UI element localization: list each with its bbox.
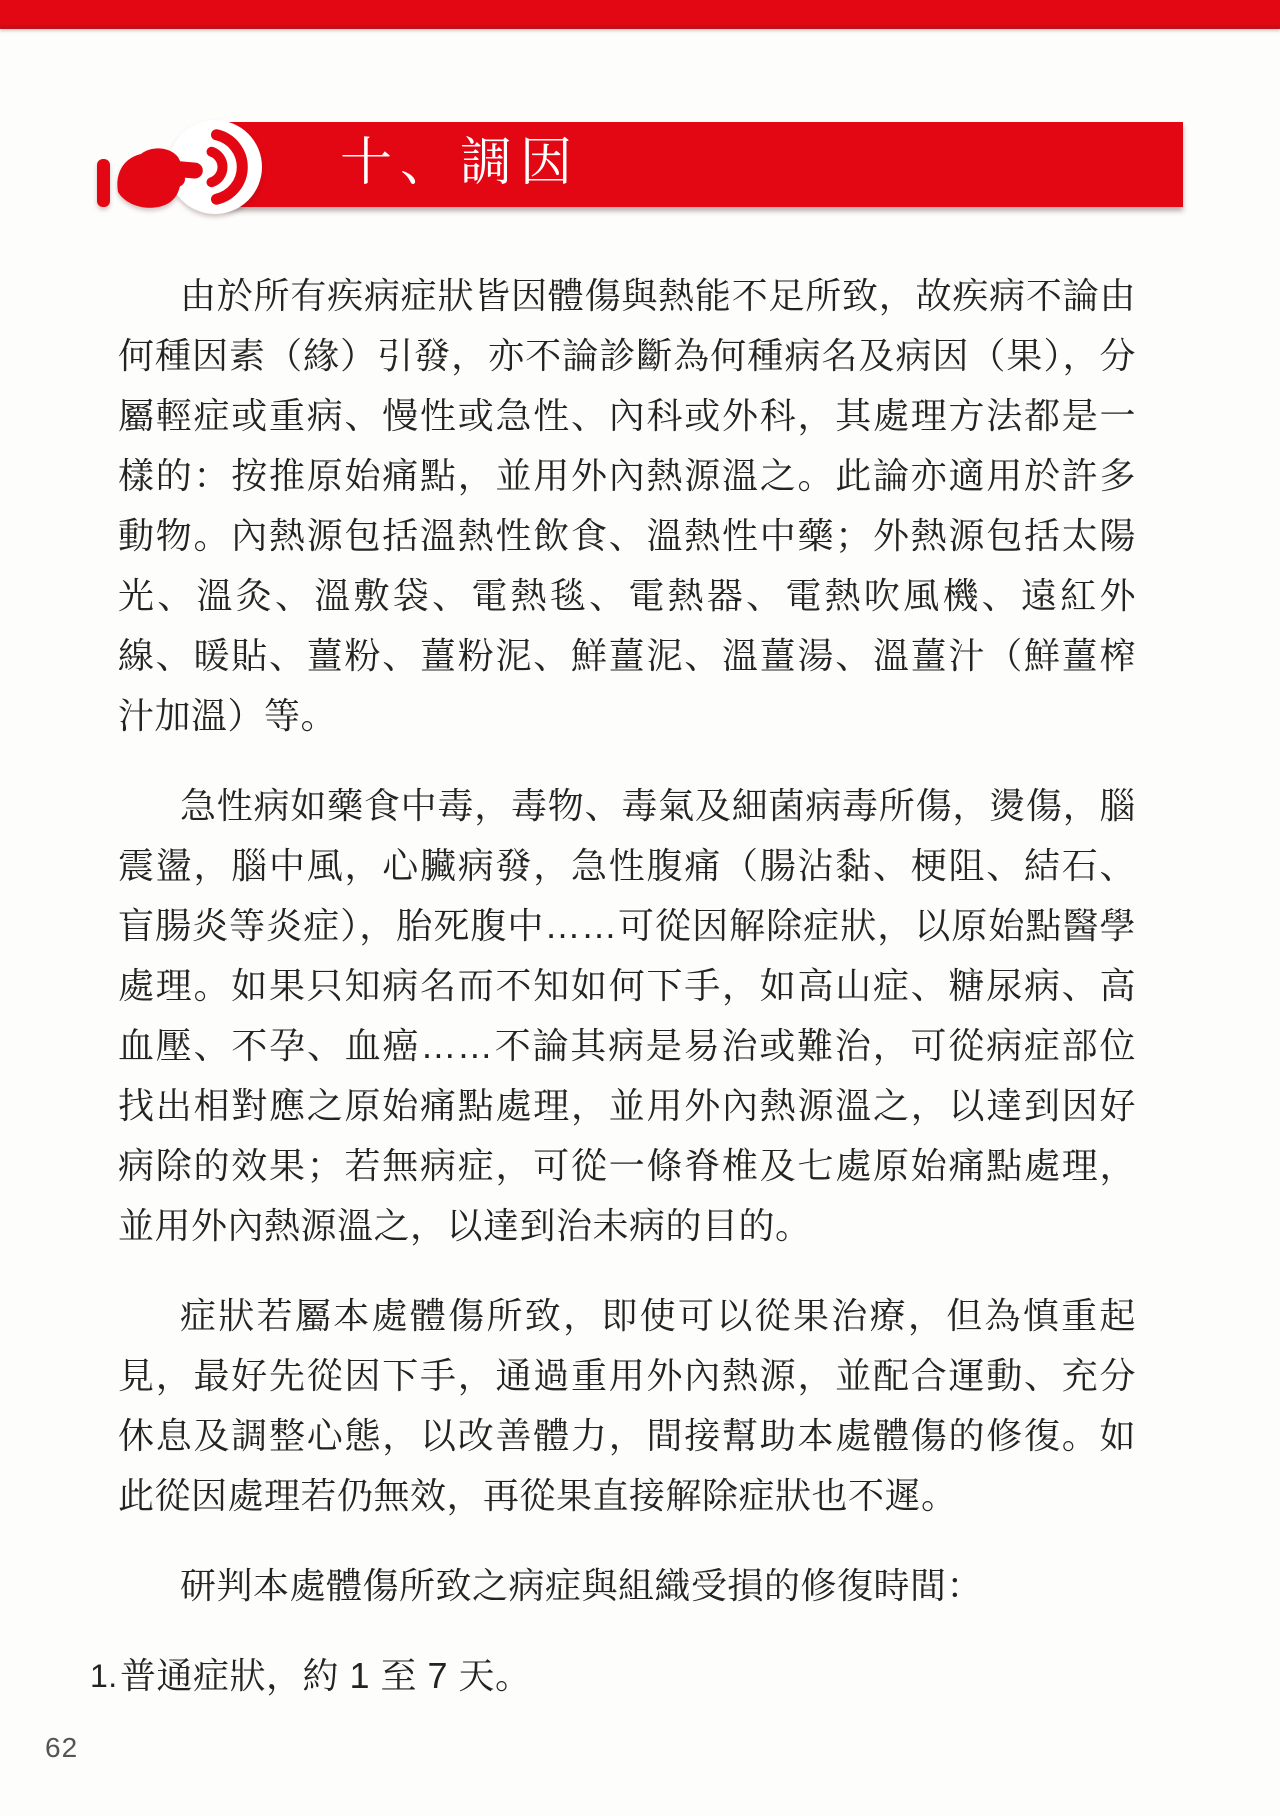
document-page: 十、調因 由於所有疾病症狀皆因體傷與熱能不足所致，故疾病不論由何種因素（緣）引發…	[0, 0, 1280, 1816]
top-red-bar	[0, 0, 1280, 29]
hand-cuff	[97, 159, 110, 207]
section-title-banner: 十、調因	[225, 122, 1183, 207]
page-number: 62	[45, 1732, 78, 1764]
section-title: 十、調因	[340, 137, 580, 193]
paragraph-4: 研判本處體傷所致之病症與組織受損的修復時間：	[118, 1556, 1136, 1616]
list-item-text: 普通症狀，約 1 至 7 天。	[120, 1646, 1136, 1706]
list-item-number: 1.	[90, 1646, 120, 1706]
paragraph-1: 由於所有疾病症狀皆因體傷與熱能不足所致，故疾病不論由何種因素（緣）引發，亦不論診…	[118, 266, 1136, 746]
hand-knuckle	[169, 171, 185, 187]
body-text: 由於所有疾病症狀皆因體傷與熱能不足所致，故疾病不論由何種因素（緣）引發，亦不論診…	[118, 266, 1136, 1706]
pointing-hand-target-icon	[85, 106, 285, 228]
paragraph-3: 症狀若屬本處體傷所致，即使可以從果治療，但為慎重起見，最好先從因下手，通過重用外…	[118, 1286, 1136, 1526]
paragraph-2: 急性病如藥食中毒，毒物、毒氣及細菌病毒所傷，燙傷，腦震盪，腦中風，心臟病發，急性…	[118, 776, 1136, 1256]
list-item-1: 1. 普通症狀，約 1 至 7 天。	[90, 1646, 1136, 1706]
